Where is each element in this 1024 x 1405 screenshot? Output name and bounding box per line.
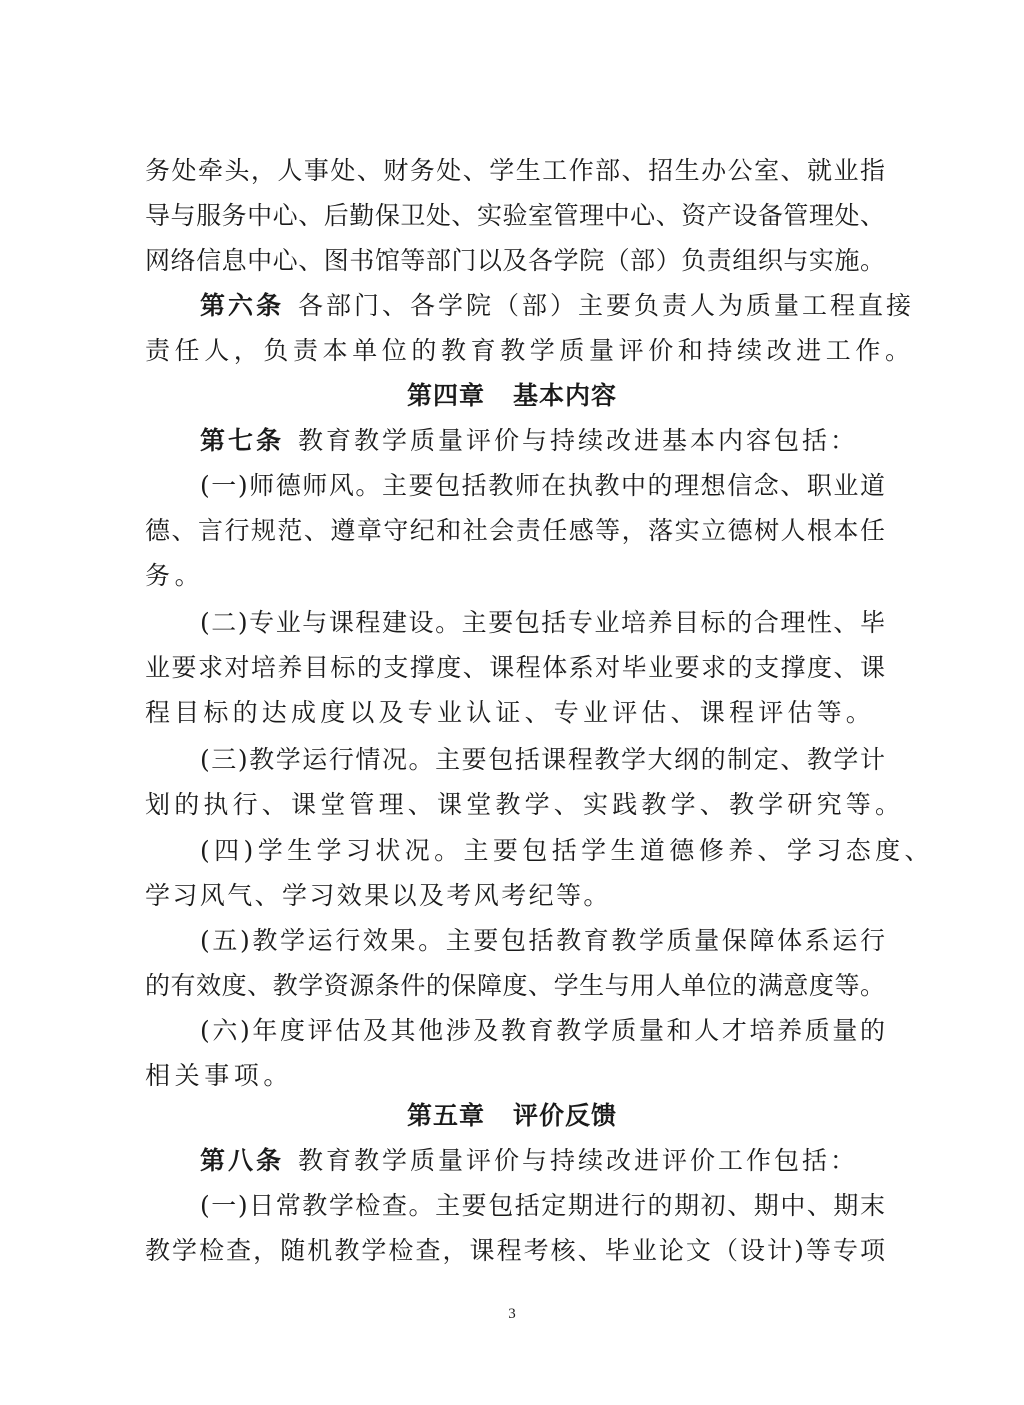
article-7-line: 第七条教育教学质量评价与持续改进基本内容包括： (200, 426, 885, 456)
document-page: 务处牵头，人事处、财务处、学生工作部、招生办公室、就业指 导与服务中心、后勤保卫… (0, 0, 1024, 1405)
text-line: (二)专业与课程建设。主要包括专业培养目标的合理性、毕 (200, 608, 885, 638)
text-line: 相关事项。 (145, 1061, 885, 1091)
chapter-number: 第五章 (407, 1101, 485, 1130)
chapter-title: 评价反馈 (513, 1101, 617, 1130)
text-line: 务处牵头，人事处、财务处、学生工作部、招生办公室、就业指 (145, 156, 885, 186)
article-6-line: 第六条各部门、各学院（部）主要负责人为质量工程直接 (200, 291, 885, 321)
chapter-heading: 第五章评价反馈 (0, 1101, 1024, 1131)
text-line: 学习风气、学习效果以及考风考纪等。 (145, 881, 885, 911)
text-line: 德、言行规范、遵章守纪和社会责任感等，落实立德树人根本任 (145, 516, 885, 546)
article-number: 第八条 (200, 1146, 284, 1175)
text-line: 责任人，负责本单位的教育教学质量评价和持续改进工作。 (145, 336, 885, 366)
text-line: 网络信息中心、图书馆等部门以及各学院（部）负责组织与实施。 (145, 246, 885, 276)
text-line: 导与服务中心、后勤保卫处、实验室管理中心、资产设备管理处、 (145, 201, 885, 231)
text-line: 务。 (145, 561, 885, 591)
text-line: 划的执行、课堂管理、课堂教学、实践教学、教学研究等。 (145, 790, 885, 820)
text-line: (三)教学运行情况。主要包括课程教学大纲的制定、教学计 (200, 745, 885, 775)
text-line: 教学检查，随机教学检查，课程考核、毕业论文（设计)等专项 (145, 1236, 885, 1266)
article-8-line: 第八条教育教学质量评价与持续改进评价工作包括： (200, 1146, 885, 1176)
article-text: 教育教学质量评价与持续改进评价工作包括： (298, 1146, 858, 1175)
text-line: (五)教学运行效果。主要包括教育教学质量保障体系运行 (200, 926, 885, 956)
page-number: 3 (0, 1306, 1024, 1323)
chapter-heading: 第四章基本内容 (0, 381, 1024, 411)
chapter-title: 基本内容 (513, 381, 617, 410)
article-text: 教育教学质量评价与持续改进基本内容包括： (298, 426, 858, 455)
text-line: (六)年度评估及其他涉及教育教学质量和人才培养质量的 (200, 1016, 885, 1046)
article-text: 各部门、各学院（部）主要负责人为质量工程直接 (298, 291, 914, 320)
text-line: (一)日常教学检查。主要包括定期进行的期初、期中、期末 (200, 1191, 885, 1221)
text-line: (四)学生学习状况。主要包括学生道德修养、学习态度、 (200, 836, 885, 866)
text-line: 业要求对培养目标的支撑度、课程体系对毕业要求的支撑度、课 (145, 653, 885, 683)
article-number: 第六条 (200, 291, 284, 320)
article-number: 第七条 (200, 426, 284, 455)
text-line: (一)师德师风。主要包括教师在执教中的理想信念、职业道 (200, 471, 885, 501)
text-line: 的有效度、教学资源条件的保障度、学生与用人单位的满意度等。 (145, 971, 885, 1001)
chapter-number: 第四章 (407, 381, 485, 410)
text-line: 程目标的达成度以及专业认证、专业评估、课程评估等。 (145, 698, 885, 728)
